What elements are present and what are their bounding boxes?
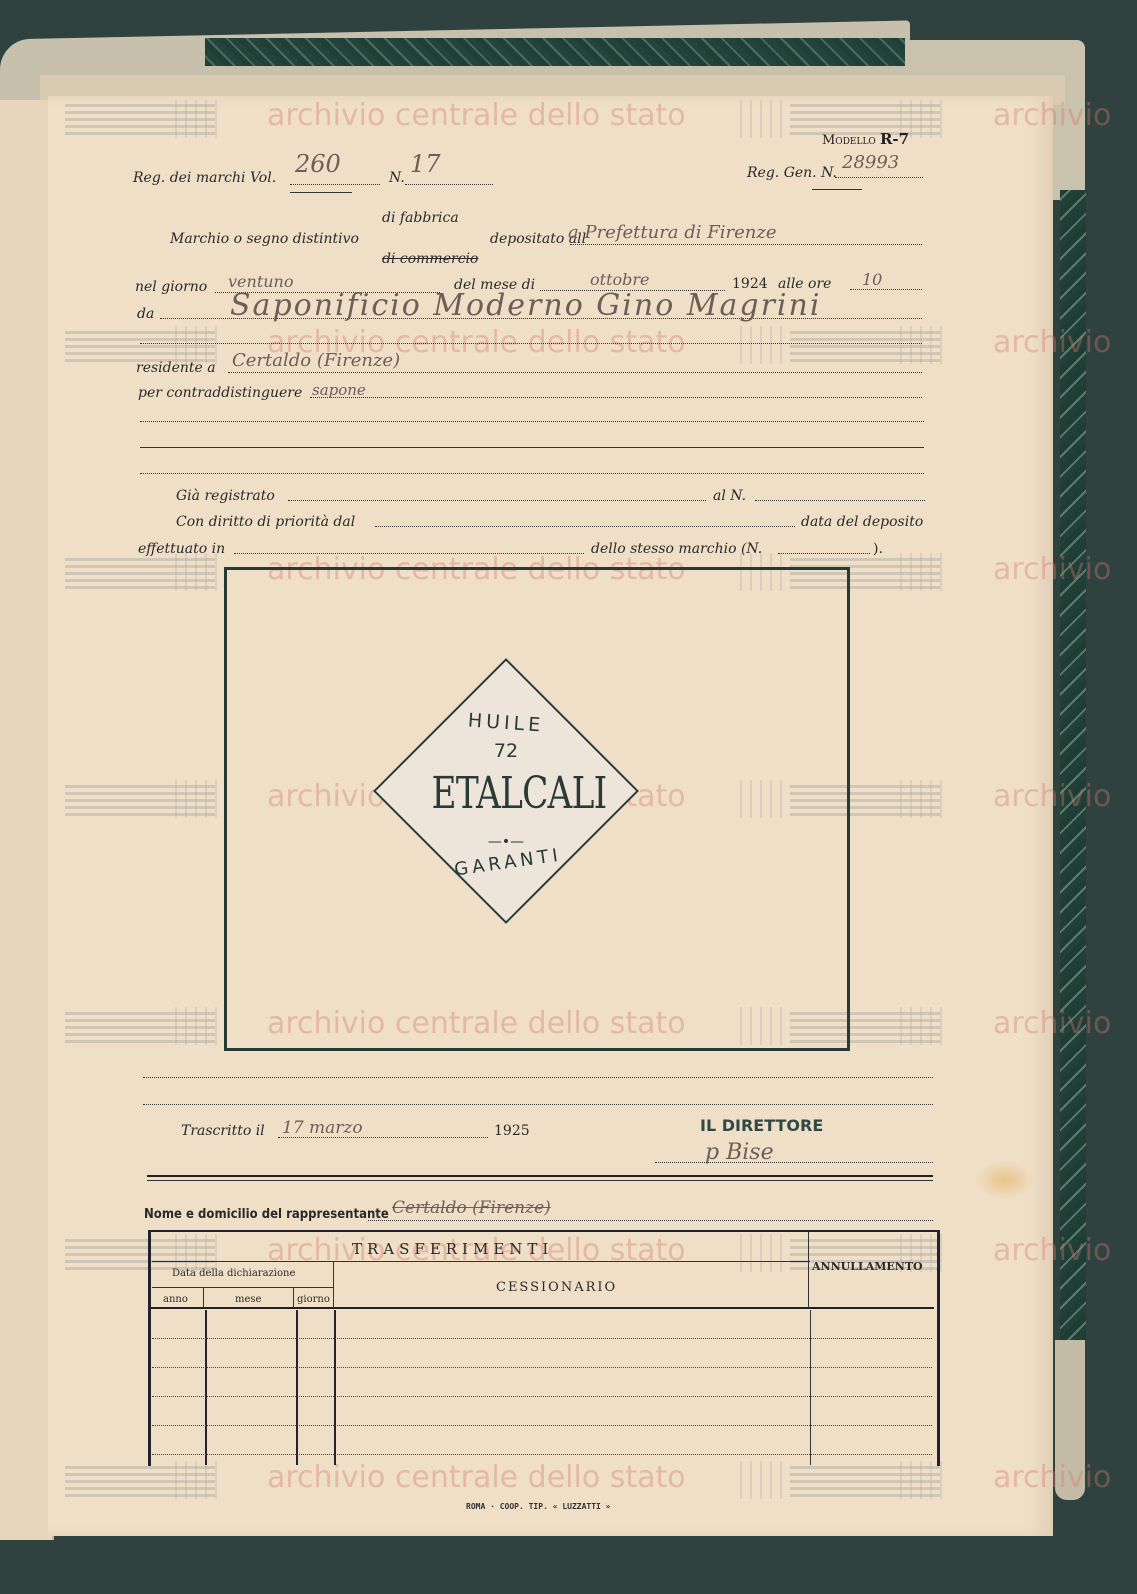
mark-number: 72 (476, 740, 536, 762)
vol-value: 260 (295, 150, 341, 178)
printer-imprint: ROMA · COOP. TIP. « LUZZATTI » (466, 1502, 611, 1511)
left-page-edge (0, 100, 54, 1540)
priorita-label: Con diritto di priorità dal (176, 514, 355, 530)
ore-value: 10 (862, 270, 882, 289)
rappresentante-value: Certaldo (Firenze) (392, 1198, 551, 1218)
stesso-marchio-close: ). (873, 541, 883, 557)
table-title: TRASFERIMENTI (352, 1240, 553, 1258)
da-label: da (137, 306, 154, 322)
reg-marchi-label: Reg. dei marchi Vol. (133, 170, 276, 186)
contraddistinguere-label: per contraddistinguere (138, 385, 302, 401)
reg-gen-label: Reg. Gen. N. (747, 165, 837, 181)
stesso-marchio-label: dello stesso marchio (N. (591, 541, 762, 557)
mark-brand: ETALCALI (432, 768, 585, 819)
trascritto-year: 1925 (494, 1123, 530, 1139)
col-mese: mese (235, 1294, 261, 1305)
col-giorno: giorno (297, 1294, 330, 1305)
gia-registrato-label: Già registrato (176, 488, 275, 504)
residente-label: residente a (136, 360, 216, 376)
reg-gen-value: 28993 (842, 152, 899, 173)
effettuato-label: effettuato in (138, 541, 225, 557)
col-anno: anno (163, 1294, 188, 1305)
rappresentante-label: Nome e domicilio del rappresentante (144, 1207, 389, 1222)
contraddistinguere-value: sapone (312, 381, 366, 399)
n-label: N. (389, 170, 405, 186)
nel-giorno-label: nel giorno (135, 279, 207, 295)
marchio-label: Marchio o segno distintivo (170, 231, 359, 247)
table-row (152, 1367, 932, 1368)
cessionario-header: CESSIONARIO (496, 1280, 617, 1295)
form-model-code: Modello R-7 (822, 130, 909, 148)
marbled-cover-top (205, 38, 905, 66)
trascritto-value: 17 marzo (282, 1118, 363, 1138)
date-group-header: Data della dichiarazione (172, 1268, 295, 1279)
trascritto-label: Trascritto il (181, 1123, 265, 1139)
table-row (152, 1396, 932, 1397)
residente-value: Certaldo (Firenze) (232, 350, 400, 371)
mese-value: ottobre (590, 270, 649, 289)
di-commercio-label: di commercio (382, 251, 478, 267)
data-deposito-label: data del deposito (801, 514, 923, 530)
annullamento-header: ANNULLAMENTO (812, 1260, 923, 1273)
paper-stain (975, 1160, 1035, 1200)
table-row (152, 1454, 932, 1455)
table-row (152, 1425, 932, 1426)
marbled-cover-edge (1060, 190, 1086, 1340)
direttore-label: IL DIRETTORE (700, 1116, 823, 1135)
table-row (152, 1338, 932, 1339)
al-n-label: al N. (713, 488, 746, 504)
di-fabbrica-label: di fabbrica (382, 210, 459, 226)
da-value: Saponificio Moderno Gino Magrini (230, 288, 821, 323)
depositato-value: a Prefettura di Firenze (568, 222, 777, 243)
n-value: 17 (410, 150, 441, 178)
